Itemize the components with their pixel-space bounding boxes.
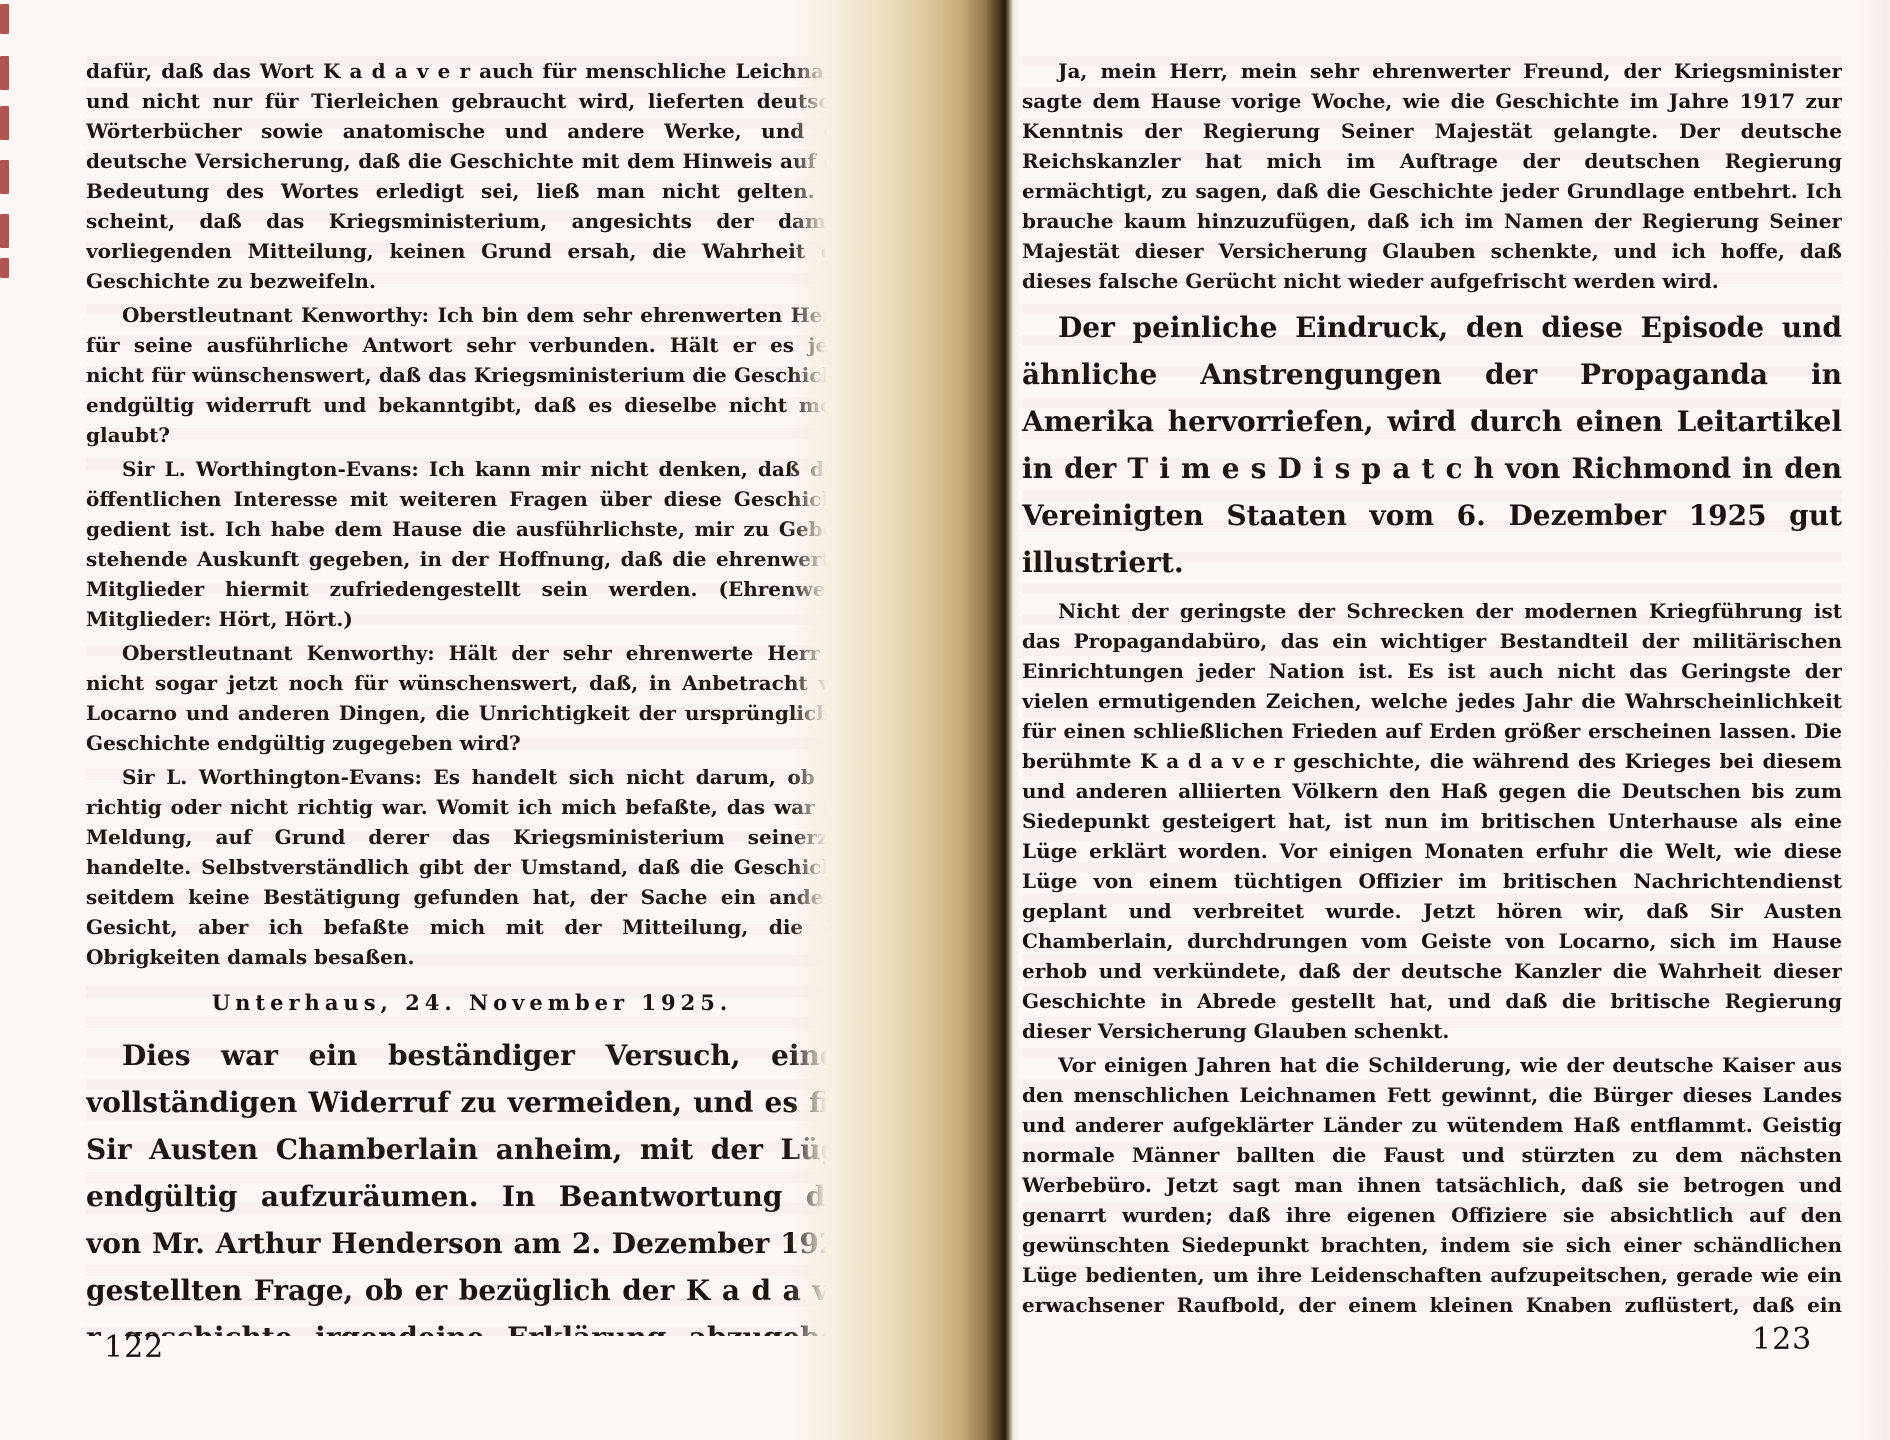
dateline-unterhaus: Unterhaus, 24. November 1925. xyxy=(86,988,858,1018)
page-right: Ja, mein Herr, mein sehr ehrenwerter Fre… xyxy=(1022,56,1842,1316)
paragraph-evans-1: Sir L. Worthington-Evans: Ich kann mir n… xyxy=(86,454,858,634)
page-outer-edge xyxy=(1856,0,1890,1440)
book-scan: dafür, daß das Wort K a d a v e r auch f… xyxy=(0,0,1890,1440)
paragraph-evans-2: Sir L. Worthington-Evans: Es handelt sic… xyxy=(86,762,858,972)
red-page-edge-mark xyxy=(0,214,9,248)
red-page-edge-mark xyxy=(0,160,9,194)
paragraph-editorial-1: Nicht der geringste der Schrecken der mo… xyxy=(1022,596,1842,1046)
red-page-edge-mark xyxy=(0,258,9,278)
book-gutter xyxy=(790,0,1020,1440)
page-left: dafür, daß das Wort K a d a v e r auch f… xyxy=(86,56,858,1336)
red-page-edge-mark xyxy=(0,106,9,140)
paragraph-times-dispatch-intro: Der peinliche Eindruck, den diese Episod… xyxy=(1022,304,1842,586)
red-page-edge-mark xyxy=(0,56,9,90)
paragraph-continuation: dafür, daß das Wort K a d a v e r auch f… xyxy=(86,56,858,296)
page-number-right: 123 xyxy=(1752,1322,1812,1357)
paragraph-chamberlain-answer: Ja, mein Herr, mein sehr ehrenwerter Fre… xyxy=(1022,56,1842,296)
closing-paragraph: Dies war ein beständiger Versuch, einen … xyxy=(86,1032,858,1336)
paragraph-kenworthy-1: Oberstleutnant Kenworthy: Ich bin dem se… xyxy=(86,300,858,450)
paragraph-kenworthy-2: Oberstleutnant Kenworthy: Hält der sehr … xyxy=(86,638,858,758)
paragraph-editorial-2: Vor einigen Jahren hat die Schilderung, … xyxy=(1022,1050,1842,1316)
red-page-edge-mark xyxy=(0,4,9,34)
page-number-left: 122 xyxy=(104,1330,164,1365)
